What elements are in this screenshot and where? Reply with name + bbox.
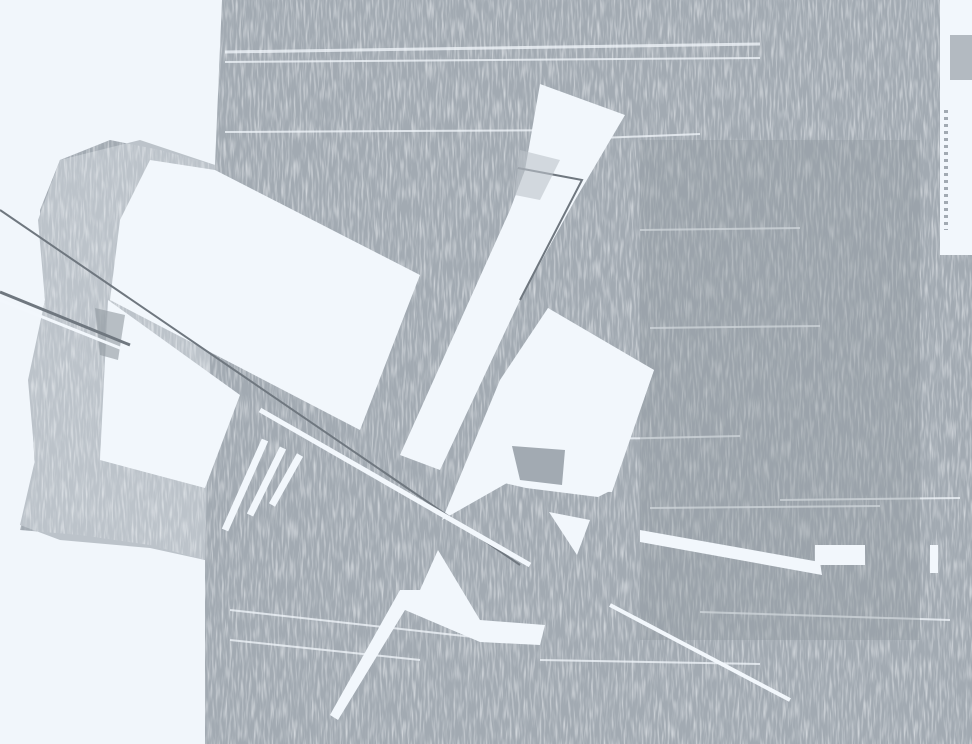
abstract-composition [0, 0, 972, 744]
